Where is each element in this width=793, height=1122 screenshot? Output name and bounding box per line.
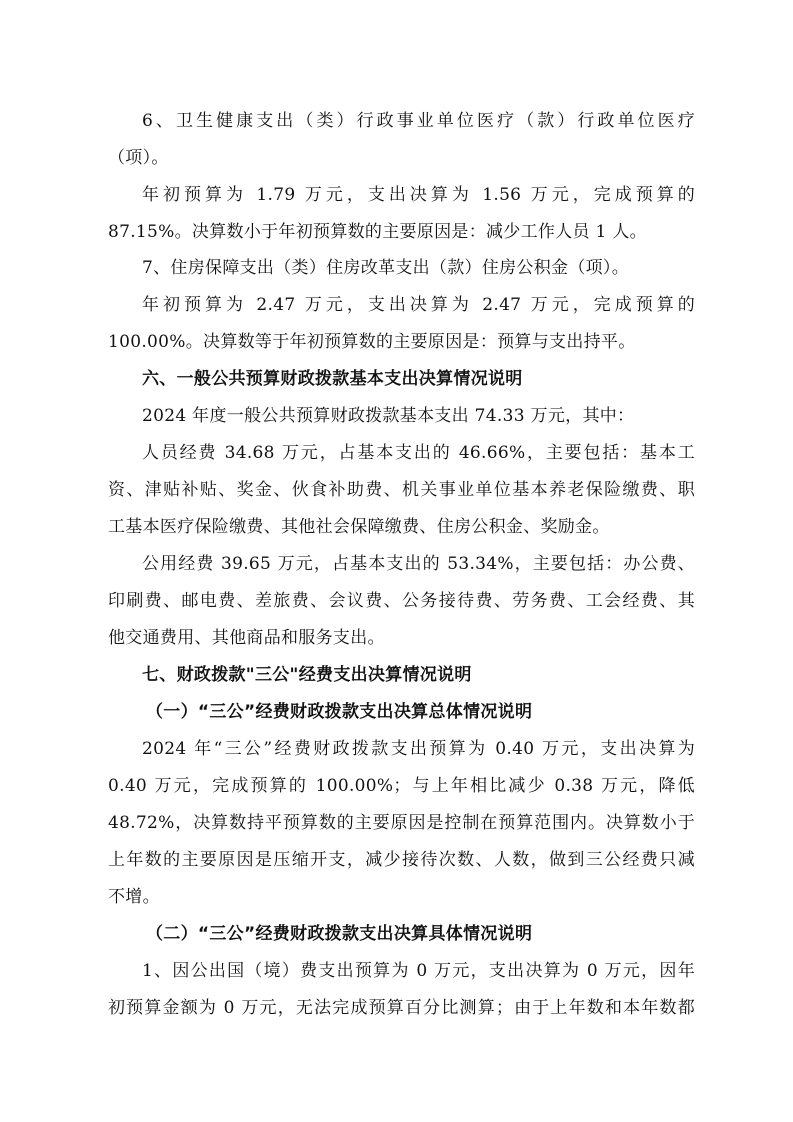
line-three-public-overall: 2024 年“三公”经费财政拨款支出预算为 0.40 万元，支出决算为 <box>142 734 695 764</box>
line-three-public-overall-5: 不增。 <box>108 882 695 912</box>
document-page: 6、卫生健康支出（类）行政事业单位医疗（款）行政单位医疗 （项）。 年初预算为 … <box>0 0 793 1122</box>
line-personnel-costs-cont: 资、津贴补贴、奖金、伙食补助费、机关事业单位基本养老保险缴费、职 <box>108 475 695 505</box>
line-personnel-costs: 人员经费 34.68 万元，占基本支出的 46.66%，主要包括：基本工 <box>142 438 695 468</box>
line-health-item: 6、卫生健康支出（类）行政事业单位医疗（款）行政单位医疗 <box>142 106 695 136</box>
line-housing-reason: 100.00%。决算数等于年初预算数的主要原因是：预算与支出持平。 <box>108 327 695 357</box>
line-housing-budget: 年初预算为 2.47 万元，支出决算为 2.47 万元，完成预算的 <box>142 290 695 320</box>
subsection-heading-2: （二）“三公”经费财政拨款支出决算具体情况说明 <box>146 919 695 949</box>
section-heading-7: 七、财政拨款"三公"经费支出决算情况说明 <box>142 660 695 690</box>
line-personnel-costs-end: 工基本医疗保险缴费、其他社会保障缴费、住房公积金、奖励金。 <box>108 512 695 542</box>
line-public-costs: 公用经费 39.65 万元，占基本支出的 53.34%，主要包括：办公费、 <box>142 549 695 579</box>
section-heading-6: 六、一般公共预算财政拨款基本支出决算情况说明 <box>142 364 695 394</box>
line-housing-item: 7、住房保障支出（类）住房改革支出（款）住房公积金（项）。 <box>142 253 695 283</box>
line-three-public-overall-4: 上年数的主要原因是压缩开支，减少接待次数、人数，做到三公经费只减 <box>108 845 695 875</box>
line-overseas-travel: 1、因公出国（境）费支出预算为 0 万元，支出决算为 0 万元，因年 <box>142 956 695 986</box>
line-public-costs-end: 他交通费用、其他商品和服务支出。 <box>108 623 695 653</box>
line-health-budget: 年初预算为 1.79 万元，支出决算为 1.56 万元，完成预算的 <box>142 180 695 210</box>
line-health-item-cont: （项）。 <box>108 143 695 173</box>
subsection-heading-1: （一）“三公”经费财政拨款支出决算总体情况说明 <box>146 697 695 727</box>
line-health-reason: 87.15%。决算数小于年初预算数的主要原因是：减少工作人员 1 人。 <box>108 217 695 247</box>
line-three-public-overall-3: 48.72%，决算数持平预算数的主要原因是控制在预算范围内。决算数小于 <box>108 808 695 838</box>
line-three-public-overall-2: 0.40 万元，完成预算的 100.00%；与上年相比减少 0.38 万元，降低 <box>108 771 695 801</box>
line-basic-expenditure: 2024 年度一般公共预算财政拨款基本支出 74.33 万元，其中： <box>142 401 695 431</box>
line-public-costs-cont: 印刷费、邮电费、差旅费、会议费、公务接待费、劳务费、工会经费、其 <box>108 586 695 616</box>
line-overseas-travel-cont: 初预算金额为 0 万元，无法完成预算百分比测算；由于上年数和本年数都 <box>108 993 695 1023</box>
